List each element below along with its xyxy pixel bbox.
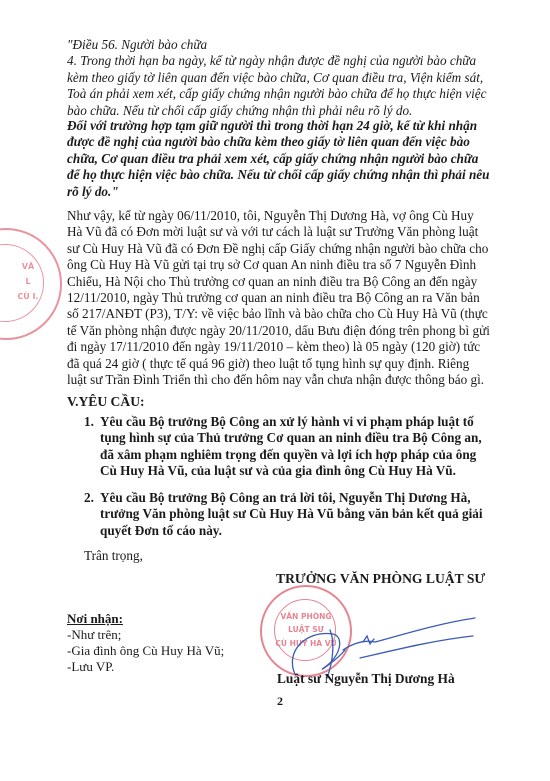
paragraph-line: luật sư Trần Đình Triển thì cho đến hôm … (67, 372, 507, 388)
closing-salutation: Trân trọng, (84, 548, 143, 564)
quote-line: Toà án phải xem xét, cấp giấy chứng nhận… (67, 86, 507, 102)
stamp-fragment-line: CÙ I. (16, 290, 40, 303)
signer-name: Luật sư Nguyễn Thị Dương Hà (277, 671, 455, 687)
request-line: Yêu cầu Bộ trưởng Bộ Công an trả lời tôi… (100, 490, 483, 506)
paragraph-line: Chiểu, Hà Nội cho Thủ trưởng cơ quan an … (67, 274, 507, 290)
request-line: Cù Huy Hà Vũ, của luật sư và của gia đìn… (100, 463, 482, 479)
request-line: trưởng Văn phòng luật sư Cù Huy Hà Vũ bằ… (100, 506, 483, 522)
recipient-item: -Lưu VP. (67, 659, 224, 675)
office-stamp-margin: VĂ L CÙ I. (0, 228, 62, 340)
request-line: quyết Đơn tố cáo này. (100, 523, 483, 539)
stamp-fragment-line: L (16, 275, 40, 288)
quoted-article-bold: Đối với trường hợp tạm giữ người thì tro… (67, 118, 507, 200)
quote-bold-line: Đối với trường hợp tạm giữ người thì tro… (67, 118, 507, 134)
document-page: VĂ L CÙ I. "Điều 56. Người bào chữa 4. T… (0, 0, 550, 781)
recipients-header: Nơi nhận: (67, 611, 224, 627)
request-number: 2. (84, 490, 94, 506)
paragraph-line: số 217/ANĐT (P3), T/Y: về việc bảo lĩnh … (67, 306, 507, 322)
quote-line: "Điều 56. Người bào chữa (67, 37, 507, 53)
paragraph-line: 12/11/2010, ngày Thủ trưởng cơ quan an n… (67, 290, 507, 306)
paragraph-line: Như vậy, kể từ ngày 06/11/2010, tôi, Ngu… (67, 208, 507, 224)
quote-line: kèm theo giấy tờ liên quan đến việc bào … (67, 70, 507, 86)
quote-line: 4. Trong thời hạn ba ngày, kể từ ngày nh… (67, 53, 507, 69)
quote-line: bào chữa. Nếu từ chối cấp giấy chứng nhậ… (67, 103, 507, 119)
recipient-item: -Như trên; (67, 627, 224, 643)
quote-bold-line: rõ lý do." (67, 184, 507, 200)
quote-bold-line: được đề nghị của người bào chữa kèm theo… (67, 134, 507, 150)
quoted-article-italic: "Điều 56. Người bào chữa 4. Trong thời h… (67, 37, 507, 119)
paragraph-line: đã quá 24 giờ ( thực tế quá 96 giờ) theo… (67, 356, 507, 372)
request-line: Yêu cầu Bộ trưởng Bộ Công an xử lý hành … (100, 414, 482, 430)
body-paragraph: Như vậy, kể từ ngày 06/11/2010, tôi, Ngu… (67, 208, 507, 388)
page-number: 2 (277, 694, 283, 709)
request-number: 1. (84, 414, 94, 430)
section-heading: V.YÊU CẦU: (67, 394, 507, 410)
stamp-fragment-line: VĂ (16, 260, 40, 273)
recipient-item: -Gia đình ông Cù Huy Hà Vũ; (67, 643, 224, 659)
paragraph-line: Hà Vũ đã có Đơn mời luật sư và với tư cá… (67, 224, 507, 240)
request-line: tụng hình sự của Thủ trưởng Cơ quan an n… (100, 430, 482, 446)
quote-bold-line: để họ thực hiện việc bào chữa. Nếu từ ch… (67, 167, 507, 183)
quote-bold-line: chữa, Cơ quan điều tra phải xem xét, cấp… (67, 151, 507, 167)
recipients-list: Nơi nhận: -Như trên; -Gia đình ông Cù Hu… (67, 611, 224, 675)
paragraph-line: tế Văn phòng nhận được ngày 20/11/2010, … (67, 323, 507, 339)
request-line: đã xâm phạm nghiêm trọng đến quyền và lợ… (100, 447, 482, 463)
paragraph-line: đi ngày 17/11/2010 đến ngày 19/11/2010 –… (67, 339, 507, 355)
paragraph-line: ông Cù Huy Hà Vũ gửi tại trụ sở Cơ quan … (67, 257, 507, 273)
paragraph-line: sư Cù Huy Hà Vũ đã có Đơn Đề nghị cấp Gi… (67, 241, 507, 257)
